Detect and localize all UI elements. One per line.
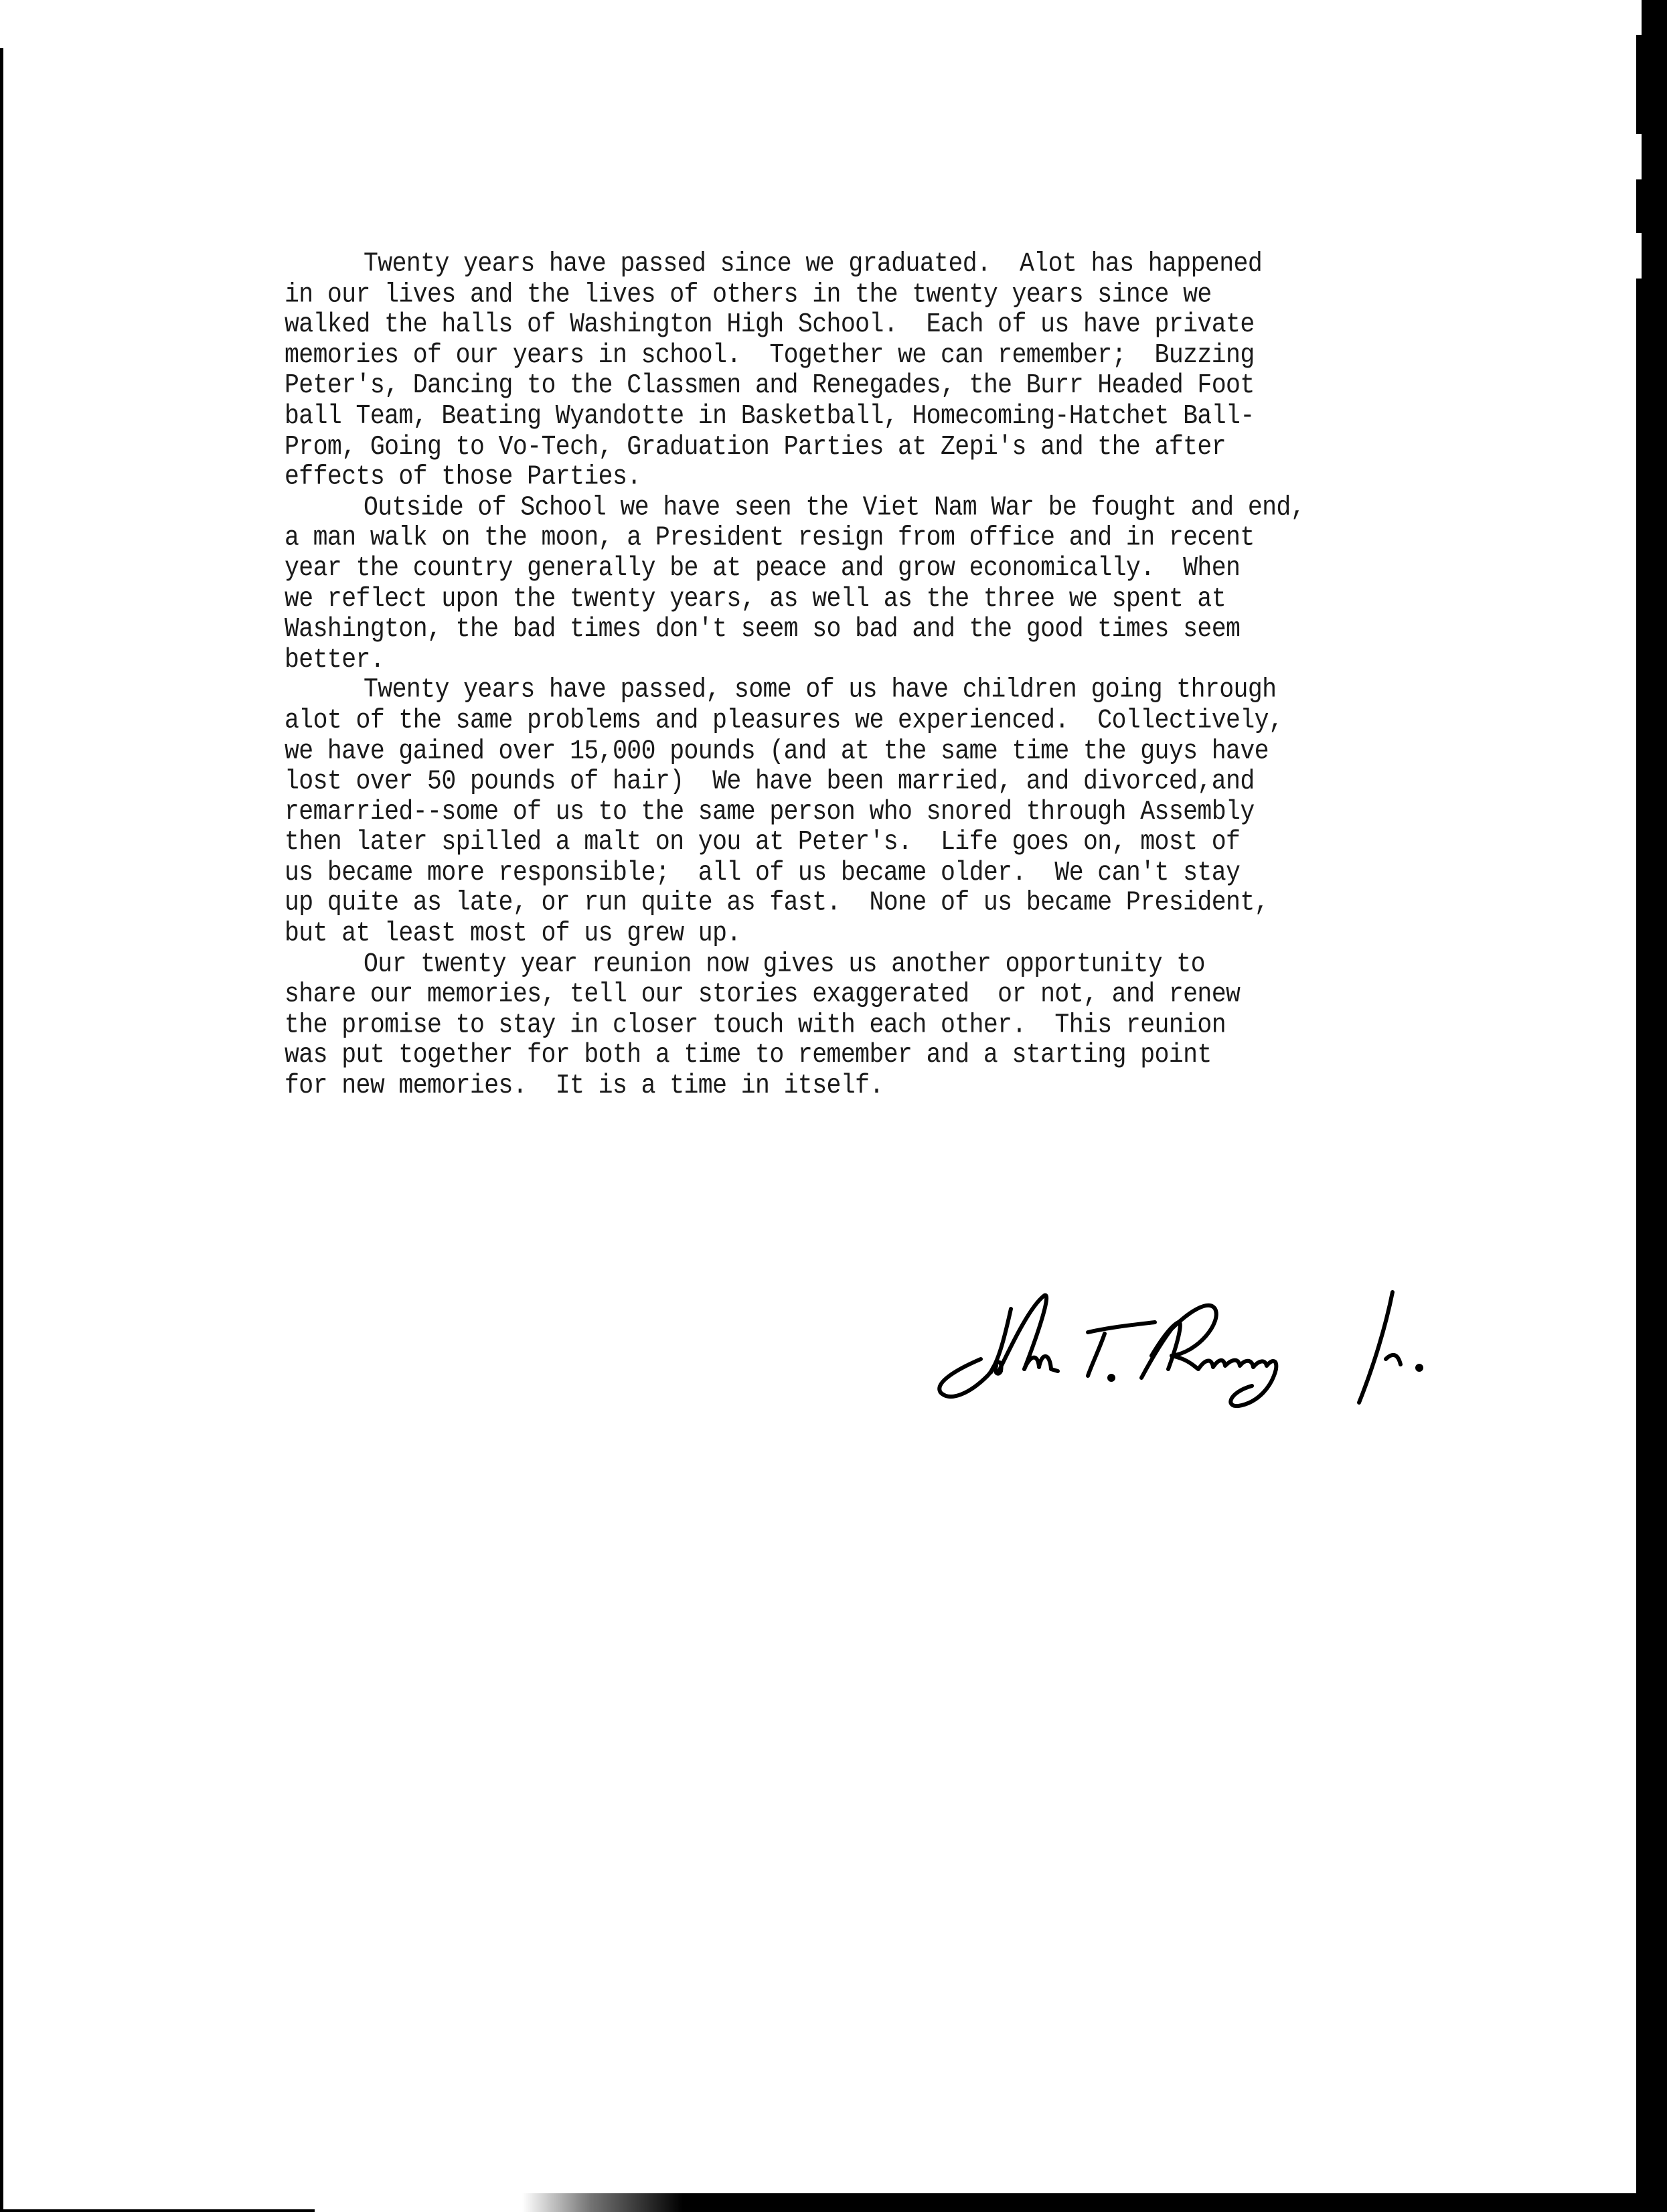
text-line: alot of the same problems and pleasures … (285, 706, 1436, 736)
text-line: was put together for both a time to reme… (285, 1040, 1436, 1071)
text-line: Outside of School we have seen the Viet … (285, 493, 1436, 523)
text-line: memories of our years in school. Togethe… (285, 340, 1436, 370)
text-line: share our memories, tell our stories exa… (285, 979, 1436, 1010)
text-line: Peter's, Dancing to the Classmen and Ren… (285, 371, 1436, 401)
text-line: ball Team, Beating Wyandotte in Basketba… (285, 401, 1436, 431)
paragraph-1: Twenty years have passed since we gradua… (285, 249, 1436, 493)
signature-icon (924, 1259, 1446, 1413)
handwritten-signature: John T. Ramsey Jr. (924, 1259, 1446, 1413)
text-line: us became more responsible; all of us be… (285, 858, 1436, 888)
text-line: we reflect upon the twenty years, as wel… (285, 584, 1436, 614)
text-line: better. (285, 645, 1436, 675)
paragraph-2: Outside of School we have seen the Viet … (285, 493, 1436, 676)
paragraph-4: Our twenty year reunion now gives us ano… (285, 949, 1436, 1101)
text-line: Twenty years have passed since we gradua… (285, 249, 1436, 279)
text-line: then later spilled a malt on you at Pete… (285, 827, 1436, 858)
text-line: Prom, Going to Vo-Tech, Graduation Parti… (285, 432, 1436, 462)
text-line: Twenty years have passed, some of us hav… (285, 676, 1436, 706)
text-line: in our lives and the lives of others in … (285, 279, 1436, 309)
text-line: walked the halls of Washington High Scho… (285, 310, 1436, 340)
text-line: a man walk on the moon, a President resi… (285, 523, 1436, 553)
text-line: up quite as late, or run quite as fast. … (285, 888, 1436, 919)
scan-border-right (1636, 0, 1667, 2212)
text-line: Our twenty year reunion now gives us ano… (285, 949, 1436, 979)
text-line: the promise to stay in closer touch with… (285, 1010, 1436, 1040)
scan-border-bottom (522, 2193, 1667, 2212)
scan-border-notch (1636, 233, 1642, 279)
text-line: remarried--some of us to the same person… (285, 797, 1436, 827)
paragraph-3: Twenty years have passed, some of us hav… (285, 676, 1436, 949)
text-line: but at least most of us grew up. (285, 919, 1436, 949)
text-line: lost over 50 pounds of hair) We have bee… (285, 767, 1436, 797)
scan-border-left (0, 48, 3, 2212)
text-line: for new memories. It is a time in itself… (285, 1071, 1436, 1101)
letter-body: Twenty years have passed since we gradua… (285, 249, 1436, 1101)
text-line: we have gained over 15,000 pounds (and a… (285, 736, 1436, 766)
scan-border-notch (1636, 0, 1642, 35)
text-line: year the country generally be at peace a… (285, 554, 1436, 584)
text-line: effects of those Parties. (285, 462, 1436, 492)
text-line: Washington, the bad times don't seem so … (285, 615, 1436, 645)
scan-border-notch (1636, 134, 1642, 179)
scan-border-bottom (0, 2209, 315, 2212)
